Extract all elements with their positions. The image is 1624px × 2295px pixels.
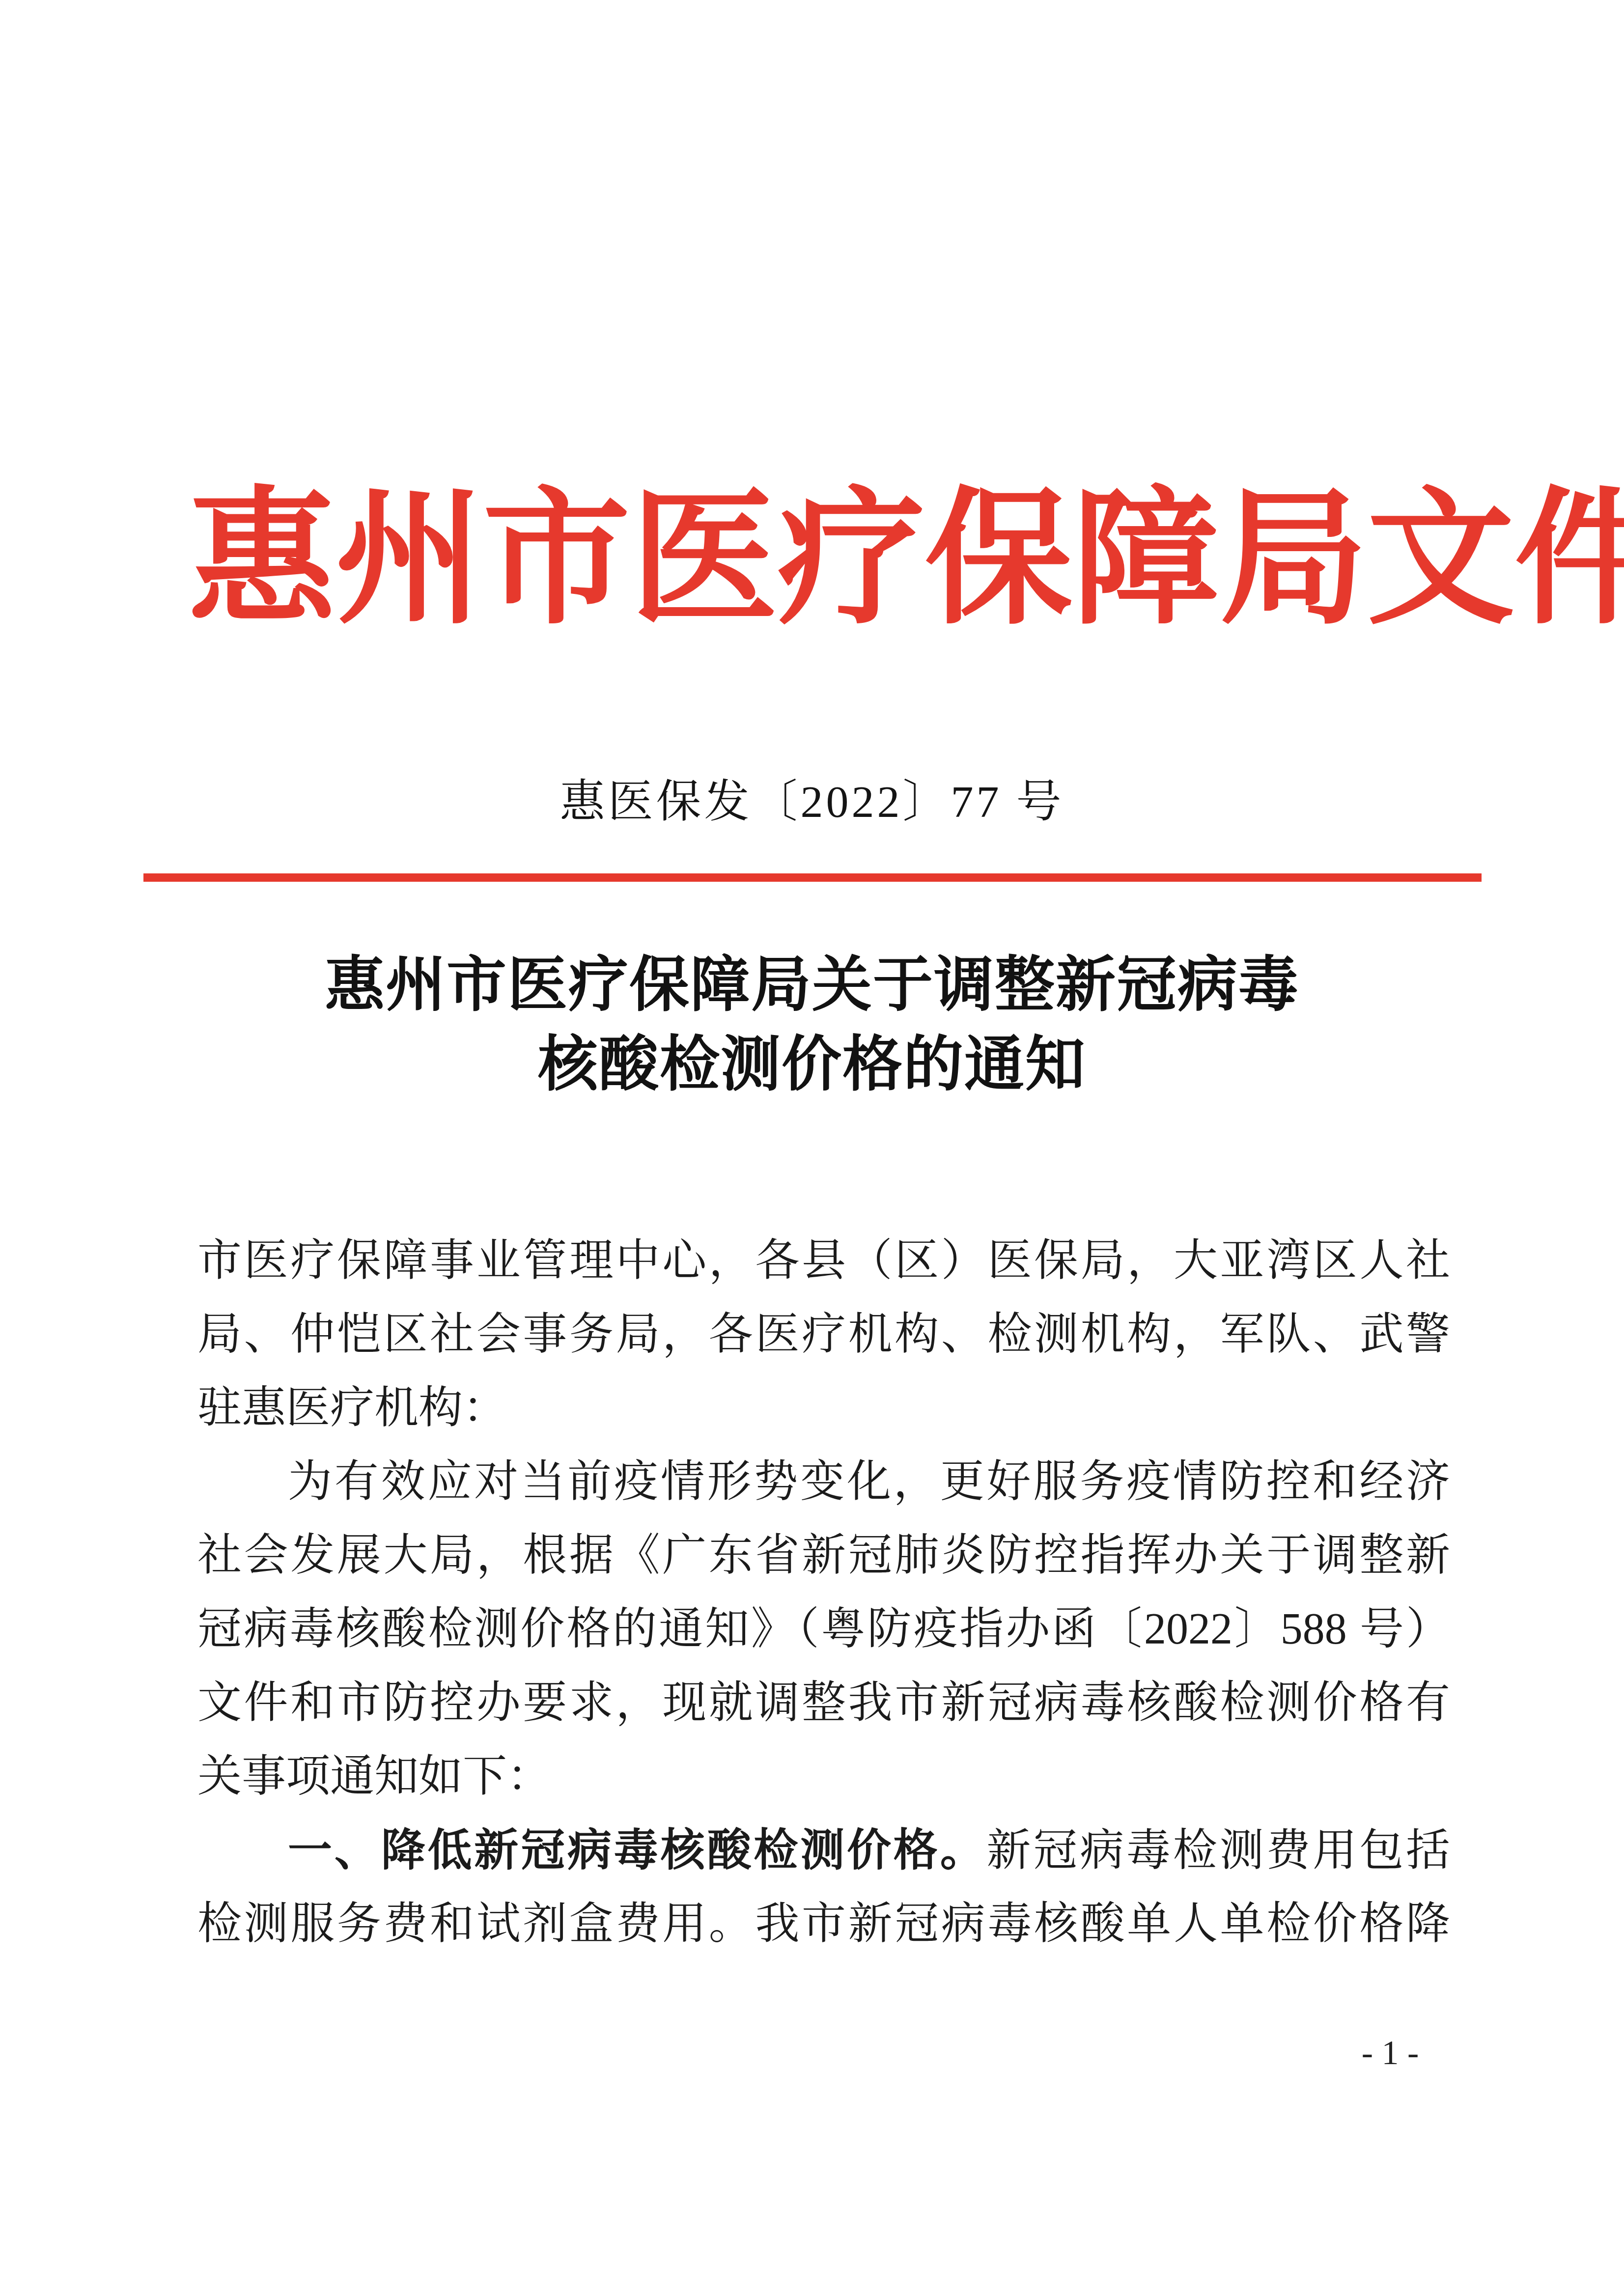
body-line: 检测服务费和试剂盒费用。我市新冠病毒核酸单人单检价格降 xyxy=(197,1887,1450,1961)
body-line: 关事项通知如下： xyxy=(197,1740,1450,1814)
body-line-segment: 为有效应对当前疫情形势变化，更好服务疫情防控和经济 xyxy=(288,1457,1450,1506)
page-number: - 1 - xyxy=(1331,2031,1449,2075)
body-line: 冠病毒核酸检测价格的通知》（粤防疫指办函〔2022〕588 号） xyxy=(197,1593,1450,1666)
body-line-segment: 文件和市防控办要求，现就调整我市新冠病毒核酸检测价格有 xyxy=(197,1679,1450,1727)
body-line-segment: 检测服务费和试剂盒费用。我市新冠病毒核酸单人单检价格降 xyxy=(197,1900,1450,1948)
document-number: 惠医保发〔2022〕77 号 xyxy=(0,769,1624,835)
body-line: 为有效应对当前疫情形势变化，更好服务疫情防控和经济 xyxy=(197,1445,1450,1519)
document-title: 惠州市医疗保障局关于调整新冠病毒 核酸检测价格的通知 xyxy=(0,946,1624,1105)
body-line-segment: 驻惠医疗机构： xyxy=(197,1384,507,1432)
document-page: 惠州市医疗保障局文件 惠医保发〔2022〕77 号 惠州市医疗保障局关于调整新冠… xyxy=(0,0,1624,2295)
document-title-line2: 核酸检测价格的通知 xyxy=(0,1025,1624,1105)
body-line: 一、降低新冠病毒核酸检测价格。新冠病毒检测费用包括 xyxy=(197,1814,1450,1887)
body-line: 驻惠医疗机构： xyxy=(197,1371,1450,1445)
red-divider-line xyxy=(143,873,1482,882)
document-body: 市医疗保障事业管理中心，各县（区）医保局，大亚湾区人社局、仲恺区社会事务局，各医… xyxy=(197,1224,1450,1961)
body-line-segment: 冠病毒核酸检测价格的通知》（粤防疫指办函〔2022〕588 号） xyxy=(197,1605,1450,1653)
document-title-line1: 惠州市医疗保障局关于调整新冠病毒 xyxy=(0,946,1624,1025)
body-line-segment-bold: 一、降低新冠病毒核酸检测价格。 xyxy=(288,1826,987,1875)
body-line: 局、仲恺区社会事务局，各医疗机构、检测机构，军队、武警 xyxy=(197,1298,1450,1371)
agency-letterhead-title: 惠州市医疗保障局文件 xyxy=(188,457,1436,663)
body-line-segment: 市医疗保障事业管理中心，各县（区）医保局，大亚湾区人社 xyxy=(197,1236,1450,1285)
body-line: 文件和市防控办要求，现就调整我市新冠病毒核酸检测价格有 xyxy=(197,1666,1450,1740)
body-line-segment: 社会发展大局，根据《广东省新冠肺炎防控指挥办关于调整新 xyxy=(197,1531,1450,1580)
body-line-segment: 新冠病毒检测费用包括 xyxy=(987,1826,1451,1875)
body-line-segment: 局、仲恺区社会事务局，各医疗机构、检测机构，军队、武警 xyxy=(197,1310,1450,1359)
body-line-segment: 关事项通知如下： xyxy=(197,1752,551,1801)
body-line: 社会发展大局，根据《广东省新冠肺炎防控指挥办关于调整新 xyxy=(197,1519,1450,1593)
body-line: 市医疗保障事业管理中心，各县（区）医保局，大亚湾区人社 xyxy=(197,1224,1450,1298)
